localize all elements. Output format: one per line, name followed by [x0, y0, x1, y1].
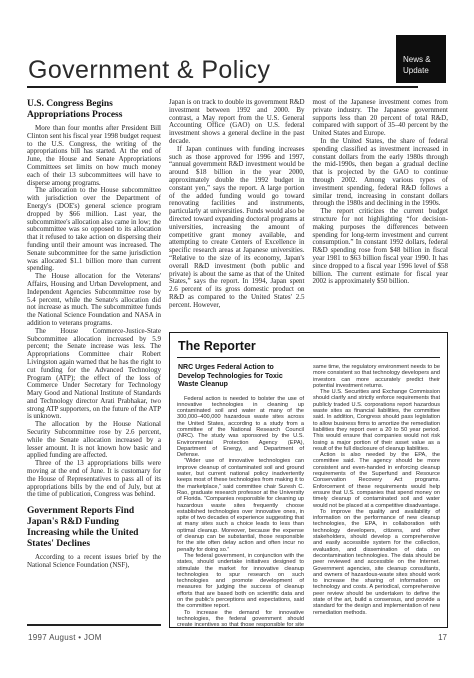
article-paragraph: More than four months after President Bi…: [27, 125, 161, 187]
reporter-headline: NRC Urges Federal Action to Develop Tech…: [178, 364, 298, 390]
reporter-paragraph: The U.S. Securities and Exchange Commiss…: [313, 389, 440, 452]
section-title: Government & Policy: [28, 56, 270, 85]
article-paragraph: In the United States, the share of feder…: [313, 138, 449, 208]
header-rule: [27, 86, 418, 88]
article-paragraph: Japan is on track to double its governme…: [169, 99, 305, 146]
reporter-paragraph: same time, the regulatory environment ne…: [313, 364, 440, 389]
reporter-paragraph: Action is also needed by the EPA, the co…: [313, 452, 440, 509]
reporter-left-column: NRC Urges Federal Action to Develop Tech…: [177, 364, 304, 628]
footer-issue-line: 1997 August • JOM: [28, 633, 102, 642]
reporter-left-text: Federal action is needed to bolster the …: [177, 396, 304, 629]
reporter-title: The Reporter: [178, 339, 440, 353]
right-columns-area: Japan is on track to double its governme…: [169, 99, 448, 628]
article-paragraph: According to a recent issues brief by th…: [27, 554, 161, 570]
article-paragraph: The allocation to the House subcommittee…: [27, 187, 161, 273]
column-3: most of the Japanese investment comes fr…: [313, 99, 449, 325]
article-paragraph: The report criticizes the current budget…: [313, 208, 449, 286]
article-paragraph: The House allocation for the Veterans' A…: [27, 273, 161, 328]
article-paragraph: The House Commerce-Justice-State Subcomm…: [27, 328, 161, 422]
reporter-paragraph: “Wider use of innovative technologies ca…: [177, 458, 304, 552]
footer-rule: [27, 624, 161, 626]
magazine-page: Government & Policy News & Update U.S. C…: [0, 0, 474, 678]
article-paragraph: If Japan continues with funding increase…: [169, 146, 305, 310]
article-paragraph: The allocation by the House National Sec…: [27, 421, 161, 460]
reporter-paragraph: To increase the demand for innovative te…: [177, 610, 304, 628]
column-2: Japan is on track to double its governme…: [169, 99, 305, 325]
reporter-paragraph: To improve the quality and availability …: [313, 509, 440, 616]
reporter-body: NRC Urges Federal Action to Develop Tech…: [177, 364, 440, 628]
article1-heading: U.S. Congress Begins Appropriations Proc…: [27, 99, 161, 121]
article-paragraph: most of the Japanese investment comes fr…: [313, 99, 449, 138]
reporter-title-rule: [177, 357, 440, 358]
column-1: U.S. Congress Begins Appropriations Proc…: [27, 99, 161, 621]
reporter-paragraph: Federal action is needed to bolster the …: [177, 396, 304, 459]
article2-heading: Government Reports Find Japan's R&D Fund…: [27, 506, 161, 550]
article-paragraph: Three of the 13 appropriations bills wer…: [27, 460, 161, 499]
footer-page-number: 17: [438, 633, 447, 642]
news-update-badge: News & Update: [396, 35, 446, 83]
article2-continuation: Japan is on track to double its governme…: [169, 99, 448, 325]
reporter-right-column: same time, the regulatory environment ne…: [313, 364, 440, 628]
reporter-right-text: same time, the regulatory environment ne…: [313, 364, 440, 616]
page-content: U.S. Congress Begins Appropriations Proc…: [27, 99, 448, 628]
reporter-box: The Reporter NRC Urges Federal Action to…: [169, 332, 448, 628]
reporter-paragraph: The federal government, in conjunction w…: [177, 553, 304, 610]
badge-text: News & Update: [403, 55, 431, 76]
